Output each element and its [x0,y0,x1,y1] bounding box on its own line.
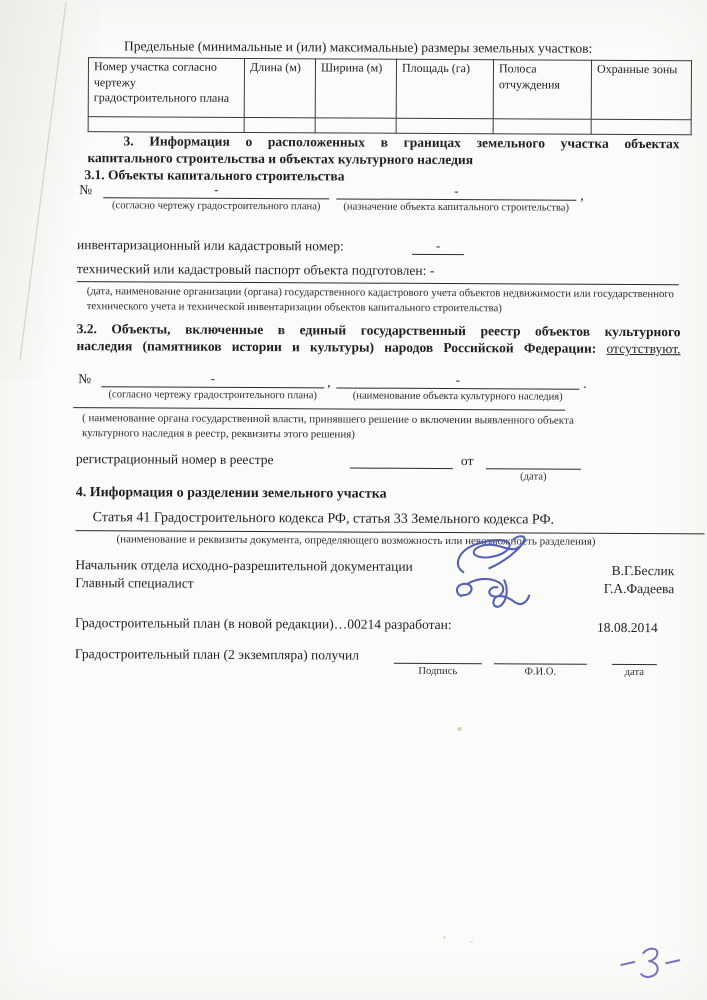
developed-line: Градостроительный план (в новой редакции… [75,615,452,634]
official-position-2: Главный специалист [75,575,194,592]
limits-header-plot-number: Номер участка согласно чертежу градостро… [88,58,244,118]
reg-from-label: от [461,453,474,470]
reg-number-blank [350,452,453,470]
reg-date-blank [486,452,581,469]
limits-header-area: Площадь (га) [396,59,493,119]
s31-blank-purpose: - [336,182,576,200]
reg-date-caption: (дата) [486,471,581,482]
official-name-1: В.Г.Беслик [594,563,674,580]
limits-cell-empty [591,119,691,135]
section3-2-heading-line2-prefix: наследия (памятников истории и культуры)… [76,338,596,356]
s31-no-label: № [79,182,92,199]
s32-separator-period: . [583,376,586,393]
section4-title: 4. Информация о разделении земельного уч… [76,484,387,503]
passport-line: технический или кадастровый паспорт объе… [77,261,679,285]
reg-number-label: регистрационный номер в реестре [76,451,274,469]
official-name-2: Г.А.Фадеева [594,581,674,598]
scanned-document-page: Предельные (минимальные и (или) максимал… [0,0,707,1000]
division-basis-line: Статья 41 Градостроительного кодекса РФ,… [76,509,705,534]
s32-no-label: № [78,371,91,388]
received-line: Градостроительный план (2 экземпляра) по… [75,646,359,664]
limits-header-length: Длина (м) [244,58,315,117]
received-caption-signature: Подпись [394,666,482,677]
authority-blank-line [73,394,565,411]
handwritten-signatures [449,532,584,621]
limits-table-empty-row [88,117,691,135]
s31-caption-plan: (согласно чертежу градостроительного пла… [99,200,333,212]
received-caption-name: Ф.И.О. [494,666,587,677]
limits-table-title: Предельные (минимальные и (или) максимал… [124,38,592,57]
received-caption-date: дата [612,667,657,678]
limits-cell-empty [244,117,315,132]
limits-cell-empty [493,119,591,135]
received-name-blank [494,647,587,664]
handwritten-page-number [617,941,687,986]
s32-blank-plan-number: - [101,370,324,388]
document-content: Предельные (минимальные и (или) максимал… [0,0,707,1000]
s31-caption-purpose: (назначение объекта капитального строите… [326,201,586,213]
section3-2-heading-value: отсутствуют. [606,341,680,356]
limits-cell-empty [396,118,493,134]
limits-cell-empty [315,118,396,133]
limits-header-width: Ширина (м) [315,59,396,118]
official-position-1: Начальник отдела исходно-разрешительной … [75,557,413,576]
limits-table-header-row: Номер участка согласно чертежу градостро… [88,58,691,120]
limits-header-exclusion-strip: Полоса отчуждения [493,60,591,120]
inventory-number-label: инвентаризационный или кадастровый номер… [77,237,344,255]
s31-blank-plan-number: - [103,181,329,199]
signature-beslik [458,536,526,572]
signature-fadeeva [457,579,529,607]
received-signature-blank [394,647,482,664]
passport-caption: (дата, наименование организации (органа)… [87,284,681,317]
section3-2-heading-line2: наследия (памятников истории и культуры)… [76,338,680,358]
s32-blank-heritage-name: - [336,371,579,389]
section3-heading-line2: капитального строительства и объектах ку… [87,150,473,169]
limits-table: Номер участка согласно чертежу градостро… [88,57,692,135]
authority-caption-line2: культурного наследия в реестр, реквизиты… [82,426,662,444]
s32-separator-comma: , [327,374,330,391]
developed-date: 18.08.2014 [597,620,658,637]
received-date-blank [612,648,657,665]
limits-header-protected-zones: Охранные зоны [591,60,691,120]
inventory-number-blank: - [412,238,464,255]
limits-cell-empty [88,117,244,133]
